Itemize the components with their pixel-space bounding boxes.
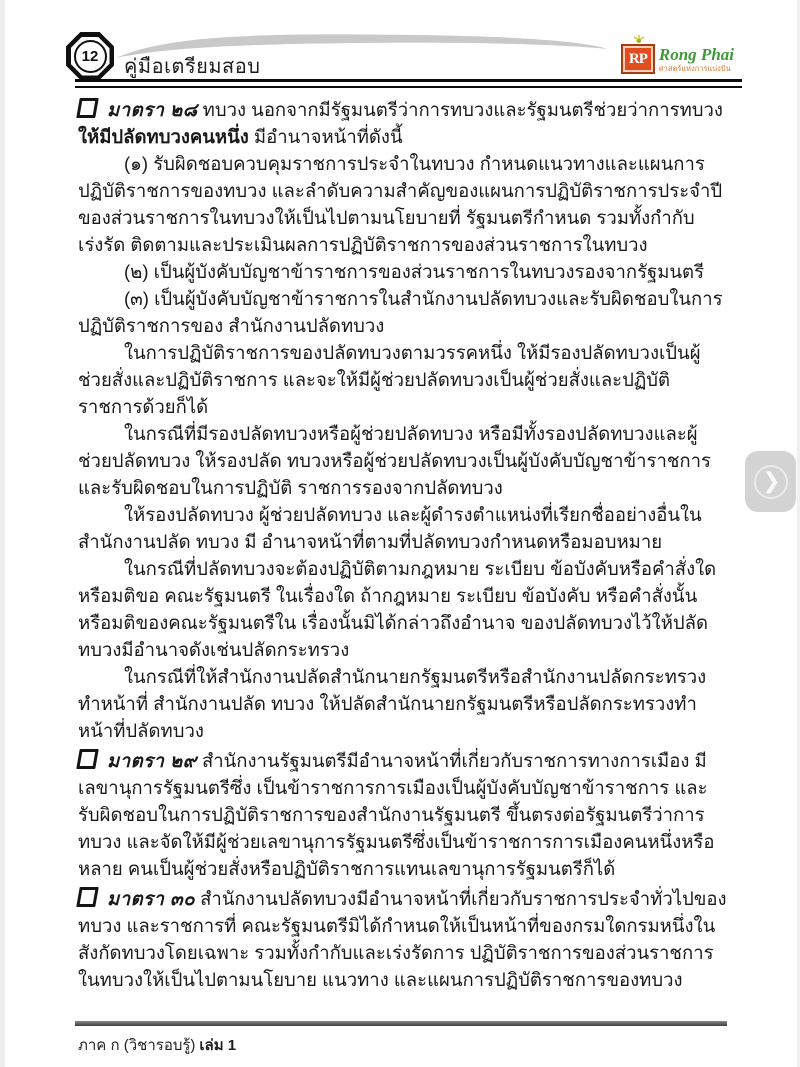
page-number-badge: 12: [66, 32, 114, 80]
section-title: มาตรา ๒๘: [107, 99, 198, 120]
body-text: ในกรณีที่ให้สำนักงานปลัดสำนักนายกรัฐมนตร…: [78, 666, 706, 741]
page-header: 12 คู่มือเตรียมสอบ RP Rong Phai ศาสตร์แห…: [0, 0, 800, 90]
publisher-logo: RP Rong Phai ศาสตร์แห่งการแบ่งปัน: [621, 40, 734, 74]
footer-series: ภาค ก (วิชารอบรู้): [78, 1037, 195, 1054]
paragraph: (๑) รับผิดชอบควบคุมราชการประจำในทบวง กำห…: [78, 150, 728, 258]
body-text: ทบวง นอกจากมีรัฐมนตรีว่าการทบวงและรัฐมนต…: [198, 99, 723, 120]
section-title: มาตรา ๓๐: [107, 888, 195, 909]
footer-divider-rule: [75, 1021, 727, 1026]
paragraph: ในกรณีที่มีรองปลัดทบวงหรือผู้ช่วยปลัดทบว…: [78, 420, 728, 501]
body-text: (๑) รับผิดชอบควบคุมราชการประจำในทบวง กำห…: [78, 153, 722, 255]
logo-monogram: RP: [629, 51, 647, 68]
paragraph: (๓) เป็นผู้บังคับบัญชาข้าราชการในสำนักงา…: [78, 285, 728, 339]
paragraph: (๒) เป็นผู้บังคับบัญชาข้าราชการของส่วนรา…: [78, 258, 728, 285]
body-text: ให้มีปลัดทบวงคนหนึ่ง: [78, 126, 249, 147]
document-body: มาตรา ๒๘ ทบวง นอกจากมีรัฐมนตรีว่าการทบวง…: [78, 93, 728, 993]
page-title: คู่มือเตรียมสอบ: [124, 50, 260, 82]
section-marker-icon: [76, 749, 99, 769]
page-number-badge-inner: 12: [71, 37, 110, 76]
paragraph: ในกรณีที่ให้สำนักงานปลัดสำนักนายกรัฐมนตร…: [78, 663, 728, 744]
section-paragraph: มาตรา ๓๐ สำนักงานปลัดทบวงมีอำนาจหน้าที่เ…: [78, 885, 728, 993]
paragraph: ในกรณีที่ปลัดทบวงจะต้องปฏิบัติตามกฎหมาย …: [78, 555, 728, 663]
section-marker-icon: [76, 98, 99, 118]
next-page-button[interactable]: ❯: [745, 451, 796, 512]
body-text: ในการปฏิบัติราชการของปลัดทบวงตามวรรคหนึ่…: [78, 342, 701, 417]
page-number: 12: [74, 40, 107, 73]
logo-monogram-box: RP: [621, 44, 655, 74]
logo-tagline: ศาสตร์แห่งการแบ่งปัน: [659, 65, 734, 73]
header-divider-rule: [75, 79, 742, 88]
chevron-right-icon: ❯: [754, 465, 788, 499]
body-text: ในกรณีที่มีรองปลัดทบวงหรือผู้ช่วยปลัดทบว…: [78, 423, 711, 498]
logo-texts: Rong Phai ศาสตร์แห่งการแบ่งปัน: [659, 46, 734, 73]
body-text: ให้รองปลัดทบวง ผู้ช่วยปลัดทบวง และผู้ดำร…: [78, 504, 702, 552]
chevron-right-glyph: ❯: [762, 471, 780, 493]
logo-name: Rong Phai: [659, 46, 734, 64]
body-text: มีอำนาจหน้าที่ดังนี้: [249, 126, 403, 147]
body-text: (๓) เป็นผู้บังคับบัญชาข้าราชการในสำนักงา…: [78, 288, 723, 336]
sparkle-icon: [631, 34, 647, 48]
section-title: มาตรา ๒๙: [107, 750, 197, 771]
body-text: ในกรณีที่ปลัดทบวงจะต้องปฏิบัติตามกฎหมาย …: [78, 558, 716, 660]
footer-volume: เล่ม 1: [199, 1037, 236, 1054]
section-paragraph: มาตรา ๒๘ ทบวง นอกจากมีรัฐมนตรีว่าการทบวง…: [78, 96, 728, 150]
scan-edge-left: [0, 0, 5, 1067]
footer-caption: ภาค ก (วิชารอบรู้)เล่ม 1: [78, 1033, 236, 1057]
paragraph: ในการปฏิบัติราชการของปลัดทบวงตามวรรคหนึ่…: [78, 339, 728, 420]
section-paragraph: มาตรา ๒๙ สำนักงานรัฐมนตรีมีอำนาจหน้าที่เ…: [78, 747, 728, 882]
section-marker-icon: [76, 887, 99, 907]
body-text: (๒) เป็นผู้บังคับบัญชาข้าราชการของส่วนรา…: [124, 261, 704, 282]
book-page: 12 คู่มือเตรียมสอบ RP Rong Phai ศาสตร์แห…: [0, 0, 800, 1067]
paragraph: ให้รองปลัดทบวง ผู้ช่วยปลัดทบวง และผู้ดำร…: [78, 501, 728, 555]
